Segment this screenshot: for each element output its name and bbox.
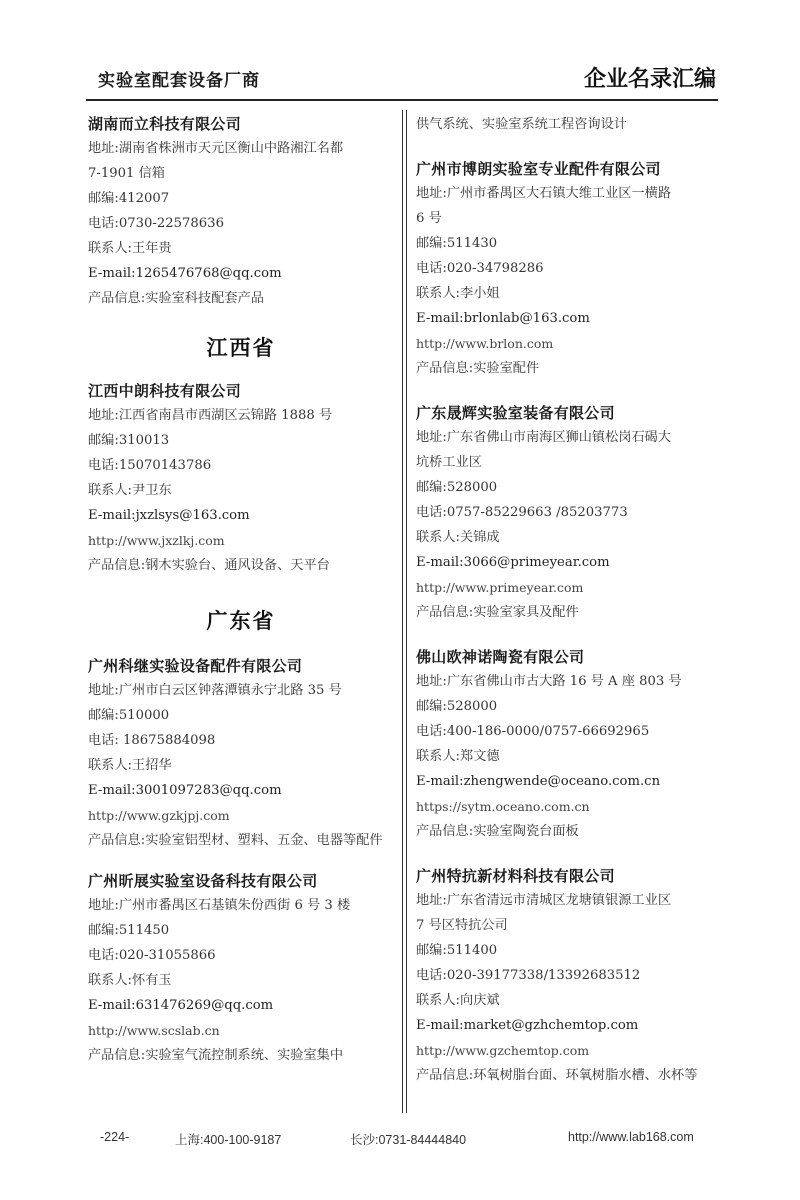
shanghai-phone: 上海:400-100-9187	[175, 1130, 281, 1148]
province-heading-guangdong: 广东省	[88, 596, 394, 646]
header-divider	[86, 99, 718, 101]
postcode: 邮编:412007	[88, 186, 394, 211]
address: 地址:广东省清远市清城区龙塘镇银源工业区	[416, 888, 722, 913]
email: E-mail:zhengwende@oceano.com.cn	[416, 769, 722, 794]
company-entry-shenghui: 广东晟辉实验室装备有限公司 地址:广东省佛山市南海区狮山镇松岗石碣大 坑桥工业区…	[416, 401, 722, 625]
postcode: 邮编:511430	[416, 231, 722, 256]
postcode: 邮编:528000	[416, 475, 722, 500]
email: E-mail:market@gzhchemtop.com	[416, 1013, 722, 1038]
website-link[interactable]: http://www.brlon.com	[416, 331, 722, 356]
address: 地址:广州市番禺区石基镇朱份西街 6 号 3 楼	[88, 893, 394, 918]
website-link[interactable]: http://www.primeyear.com	[416, 575, 722, 600]
phone: 电话:400-186-0000/0757-66692965	[416, 719, 722, 744]
left-column: 湖南而立科技有限公司 地址:湖南省株洲市天元区衡山中路湘江名都 7-1901 信…	[88, 112, 394, 1068]
header-section-title: 实验室配套设备厂商	[98, 66, 260, 91]
phone: 电话:020-39177338/13392683512	[416, 963, 722, 988]
company-name: 广东晟辉实验室装备有限公司	[416, 401, 722, 425]
phone: 电话:0757-85229663 /85203773	[416, 500, 722, 525]
address: 地址:广州市番禺区大石镇大维工业区一横路	[416, 181, 722, 206]
product-info: 产品信息:实验室配件	[416, 356, 722, 381]
product-info: 产品信息:实验室气流控制系统、实验室集中	[88, 1043, 394, 1068]
page-number: -224-	[100, 1130, 129, 1144]
company-entry-bolang: 广州市博朗实验室专业配件有限公司 地址:广州市番禺区大石镇大维工业区一横路 6 …	[416, 157, 722, 381]
website-link[interactable]: http://www.gzkjpj.com	[88, 803, 394, 828]
contact-person: 联系人:怀有玉	[88, 968, 394, 993]
phone: 电话:020-31055866	[88, 943, 394, 968]
phone: 电话:0730-22578636	[88, 211, 394, 236]
product-info-continued: 供气系统、实验室系统工程咨询设计	[416, 112, 722, 137]
website-link[interactable]: https://sytm.oceano.com.cn	[416, 794, 722, 819]
website-link[interactable]: http://www.jxzlkj.com	[88, 528, 394, 553]
phone: 电话: 18675884098	[88, 728, 394, 753]
product-info: 产品信息:实验室家具及配件	[416, 600, 722, 625]
page-header: 实验室配套设备厂商 企业名录汇编	[86, 62, 718, 102]
phone: 电话:020-34798286	[416, 256, 722, 281]
website-link[interactable]: http://www.gzchemtop.com	[416, 1038, 722, 1063]
email: E-mail:3001097283@qq.com	[88, 778, 394, 803]
company-entry-oceano: 佛山欧神诺陶瓷有限公司 地址:广东省佛山市古大路 16 号 A 座 803 号 …	[416, 645, 722, 844]
header-book-title: 企业名录汇编	[584, 62, 716, 93]
footer-website-link[interactable]: http://www.lab168.com	[568, 1130, 694, 1144]
address-continued: 7 号区特抗公司	[416, 913, 722, 938]
company-name: 广州市博朗实验室专业配件有限公司	[416, 157, 722, 181]
postcode: 邮编:511400	[416, 938, 722, 963]
company-name: 广州昕展实验室设备科技有限公司	[88, 869, 394, 893]
contact-person: 联系人:李小姐	[416, 281, 722, 306]
email: E-mail:jxzlsys@163.com	[88, 503, 394, 528]
company-entry-hunan-erli: 湖南而立科技有限公司 地址:湖南省株洲市天元区衡山中路湘江名都 7-1901 信…	[88, 112, 394, 311]
company-entry-jiangxi-zhonglang: 江西中朗科技有限公司 地址:江西省南昌市西湖区云锦路 1888 号 邮编:310…	[88, 379, 394, 578]
province-heading-jiangxi: 江西省	[88, 323, 394, 373]
address: 地址:广东省佛山市古大路 16 号 A 座 803 号	[416, 669, 722, 694]
company-entry-guangzhou-keji: 广州科继实验设备配件有限公司 地址:广州市白云区钟落潭镇永宁北路 35 号 邮编…	[88, 654, 394, 853]
address: 地址:江西省南昌市西湖区云锦路 1888 号	[88, 403, 394, 428]
website-link[interactable]: http://www.scslab.cn	[88, 1018, 394, 1043]
address: 地址:湖南省株洲市天元区衡山中路湘江名都	[88, 136, 394, 161]
contact-person: 联系人:郑文德	[416, 744, 722, 769]
product-info: 产品信息:实验室陶瓷台面板	[416, 819, 722, 844]
column-divider	[402, 110, 407, 1113]
email: E-mail:3066@primeyear.com	[416, 550, 722, 575]
company-name: 广州科继实验设备配件有限公司	[88, 654, 394, 678]
company-entry-guangzhou-xinzhan: 广州昕展实验室设备科技有限公司 地址:广州市番禺区石基镇朱份西街 6 号 3 楼…	[88, 869, 394, 1068]
company-entry-continued: 供气系统、实验室系统工程咨询设计	[416, 112, 722, 137]
address-continued: 6 号	[416, 206, 722, 231]
address-continued: 7-1901 信箱	[88, 161, 394, 186]
email: E-mail:brlonlab@163.com	[416, 306, 722, 331]
address: 地址:广州市白云区钟落潭镇永宁北路 35 号	[88, 678, 394, 703]
postcode: 邮编:528000	[416, 694, 722, 719]
address: 地址:广东省佛山市南海区狮山镇松岗石碣大	[416, 425, 722, 450]
page-footer: -224- 上海:400-100-9187 长沙:0731-84444840 h…	[100, 1130, 720, 1150]
contact-person: 联系人:向庆斌	[416, 988, 722, 1013]
company-entry-chemtop: 广州特抗新材料科技有限公司 地址:广东省清远市清城区龙塘镇银源工业区 7 号区特…	[416, 864, 722, 1088]
address-continued: 坑桥工业区	[416, 450, 722, 475]
email: E-mail:1265476768@qq.com	[88, 261, 394, 286]
company-name: 湖南而立科技有限公司	[88, 112, 394, 136]
changsha-phone: 长沙:0731-84444840	[350, 1130, 466, 1148]
contact-person: 联系人:关锦成	[416, 525, 722, 550]
product-info: 产品信息:环氧树脂台面、环氧树脂水槽、水杯等	[416, 1063, 722, 1088]
product-info: 产品信息:钢木实验台、通风设备、天平台	[88, 553, 394, 578]
phone: 电话:15070143786	[88, 453, 394, 478]
email: E-mail:631476269@qq.com	[88, 993, 394, 1018]
contact-person: 联系人:尹卫东	[88, 478, 394, 503]
contact-person: 联系人:王年贵	[88, 236, 394, 261]
company-name: 佛山欧神诺陶瓷有限公司	[416, 645, 722, 669]
postcode: 邮编:310013	[88, 428, 394, 453]
postcode: 邮编:511450	[88, 918, 394, 943]
postcode: 邮编:510000	[88, 703, 394, 728]
company-name: 江西中朗科技有限公司	[88, 379, 394, 403]
right-column: 供气系统、实验室系统工程咨询设计 广州市博朗实验室专业配件有限公司 地址:广州市…	[416, 112, 722, 1088]
product-info: 产品信息:实验室铝型材、塑料、五金、电器等配件	[88, 828, 394, 853]
company-name: 广州特抗新材料科技有限公司	[416, 864, 722, 888]
contact-person: 联系人:王招华	[88, 753, 394, 778]
product-info: 产品信息:实验室科技配套产品	[88, 286, 394, 311]
